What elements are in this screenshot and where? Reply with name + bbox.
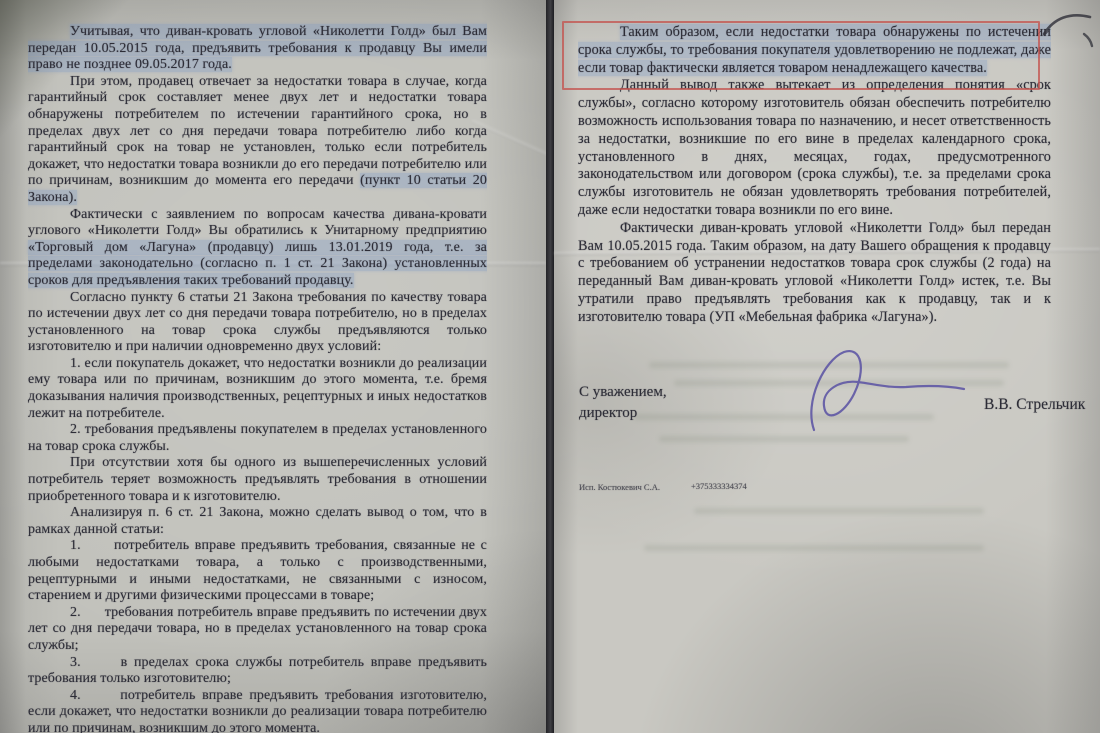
text-segment: 2. требования потребитель вправе предъяв… bbox=[28, 605, 487, 653]
text-segment: Данный вывод также вытекает из определен… bbox=[578, 77, 1051, 218]
page-right: Таким образом, если недостатки товара об… bbox=[554, 0, 1100, 733]
handwritten-signature bbox=[796, 342, 981, 437]
bleed-through-text bbox=[694, 508, 984, 514]
list-item: 1. потребитель вправе предъявить требова… bbox=[28, 538, 487, 604]
paragraph: Учитывая, что диван-кровать угловой «Ник… bbox=[28, 24, 487, 74]
highlighted-text: Учитывая, что диван-кровать угловой «Ник… bbox=[28, 24, 487, 72]
list-item: 2. требования предъявлены покупателем в … bbox=[28, 422, 487, 455]
signer-title: директор bbox=[579, 403, 667, 424]
text-segment: 2. требования предъявлены покупателем в … bbox=[28, 422, 487, 454]
paragraph: При отсутствии хотя бы одного из вышепер… bbox=[28, 455, 487, 505]
text-segment: При отсутствии хотя бы одного из вышепер… bbox=[28, 455, 487, 503]
list-item: 3. в пределах срока службы потребитель в… bbox=[28, 655, 487, 688]
text-segment: При этом, продавец отвечает за недостатк… bbox=[28, 74, 487, 189]
list-item: 1. если покупатель докажет, что недостат… bbox=[28, 356, 487, 422]
executor-note: Исп. Костюкевич С.А. bbox=[579, 482, 660, 492]
text-segment: 3. в пределах срока службы потребитель в… bbox=[28, 655, 487, 687]
signer-name: В.В. Стрельчик bbox=[984, 396, 1085, 414]
executor-phone: +375333334374 bbox=[691, 481, 747, 491]
text-segment: Фактически диван-кровать угловой «Николе… bbox=[578, 220, 1051, 325]
closing-salutation: С уважением, bbox=[579, 382, 667, 403]
text-segment: Согласно пункту 6 статьи 21 Закона требо… bbox=[28, 290, 487, 355]
list-item: 4. потребитель вправе предъявить требова… bbox=[28, 688, 487, 733]
paragraph: Фактически с заявлением по вопросам каче… bbox=[28, 207, 487, 290]
paragraph: Таким образом, если недостатки товара об… bbox=[578, 24, 1051, 77]
highlighted-text: «Торговый дом «Лагуна» (продавцу) лишь 1… bbox=[28, 240, 487, 288]
paragraph: При этом, продавец отвечает за недостатк… bbox=[28, 74, 487, 207]
text-segment: 4. потребитель вправе предъявить требова… bbox=[28, 688, 487, 733]
closing-block: С уважением, директор bbox=[579, 382, 667, 424]
text-segment: Анализируя п. 6 ст. 21 Закона, можно сде… bbox=[28, 505, 487, 537]
highlighted-text: Таким образом, если недостатки товара об… bbox=[578, 24, 1051, 76]
bleed-through-text bbox=[644, 545, 984, 551]
paragraph: Данный вывод также вытекает из определен… bbox=[578, 77, 1051, 219]
list-item: 2. требования потребитель вправе предъяв… bbox=[28, 605, 487, 655]
paragraph: Согласно пункту 6 статьи 21 Закона требо… bbox=[28, 290, 487, 356]
signature-stroke bbox=[811, 351, 964, 430]
text-segment: 1. потребитель вправе предъявить требова… bbox=[28, 538, 487, 603]
text-segment: 1. если покупатель докажет, что недостат… bbox=[28, 356, 487, 421]
letter-body-right: Таким образом, если недостатки товара об… bbox=[578, 24, 1051, 327]
paragraph: Фактически диван-кровать угловой «Николе… bbox=[578, 220, 1051, 327]
pen-mark-icon bbox=[1040, 4, 1100, 50]
paragraph: Анализируя п. 6 ст. 21 Закона, можно сде… bbox=[28, 505, 487, 538]
document-photo: Учитывая, что диван-кровать угловой «Ник… bbox=[0, 0, 1100, 733]
page-left: Учитывая, что диван-кровать угловой «Ник… bbox=[0, 0, 546, 733]
letter-body-left: Учитывая, что диван-кровать угловой «Ник… bbox=[28, 24, 487, 733]
text-segment: Фактически с заявлением по вопросам каче… bbox=[28, 207, 487, 239]
page-gap-divider bbox=[546, 0, 554, 733]
